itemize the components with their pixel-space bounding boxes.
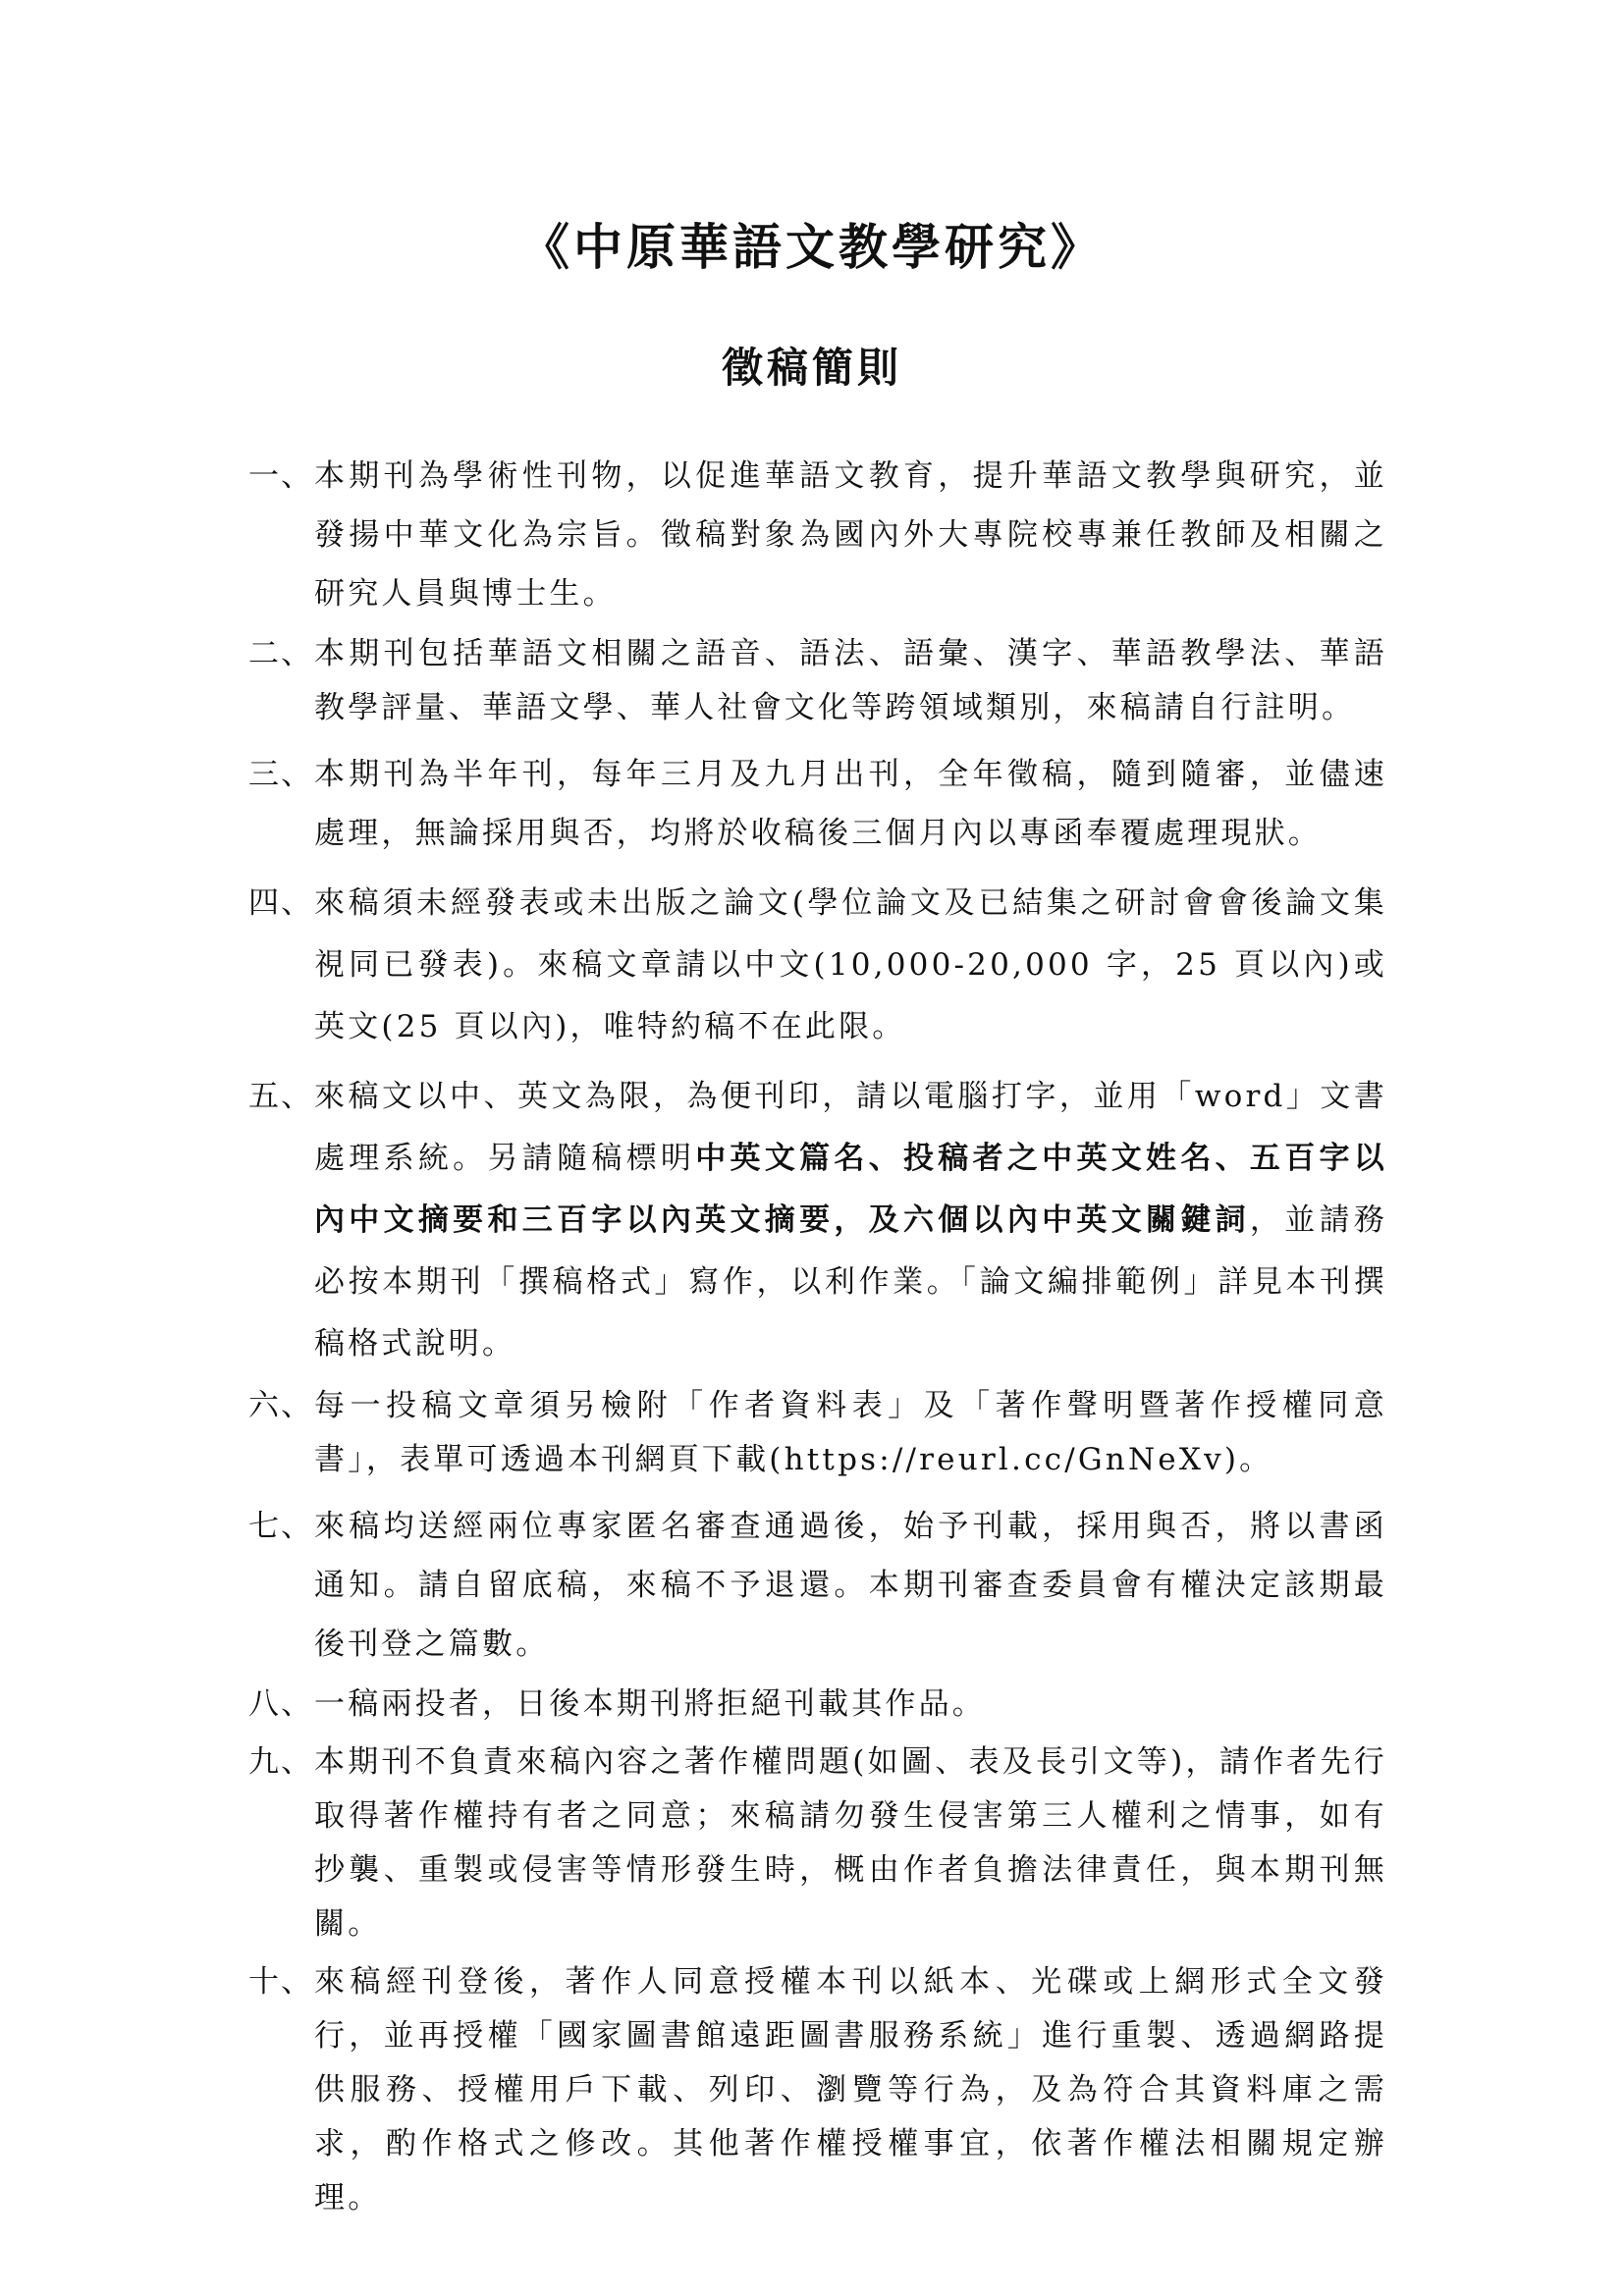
rule-item-2: 二、 本期刊包括華語文相關之語音、語法、語彙、漢字、華語教學法、華語教學評量、華…	[248, 627, 1387, 735]
document-page: 《中原華語文教學研究》 徵稿簡則 一、 本期刊為學術性刊物，以促進華語文教育，提…	[0, 0, 1624, 2296]
rule-text: 來稿須未經發表或未出版之論文(學位論文及已結集之研討會會後論文集視同已發表)。來…	[314, 873, 1387, 1058]
rule-item-5: 五、 來稿文以中、英文為限，為便刊印，請以電腦打字，並用「word」文書處理系統…	[248, 1066, 1387, 1375]
rule-item-10: 十、 來稿經刊登後，著作人同意授權本刊以紙本、光碟或上網形式全文發行，並再授權「…	[248, 1955, 1387, 2225]
rule-number: 五、	[248, 1066, 314, 1375]
rule-text: 每一投稿文章須另檢附「作者資料表」及「著作聲明暨著作授權同意書」，表單可透過本刊…	[314, 1379, 1387, 1487]
rule-item-9: 九、 本期刊不負責來稿內容之著作權問題(如圖、表及長引文等)，請作者先行取得著作…	[248, 1735, 1387, 1951]
rule-number: 十、	[248, 1955, 314, 2225]
rule-item-7: 七、 來稿均送經兩位專家匿名審查通過後，始予刊載，採用與否，將以書函通知。請自留…	[248, 1497, 1387, 1674]
rule-text: 來稿經刊登後，著作人同意授權本刊以紙本、光碟或上網形式全文發行，並再授權「國家圖…	[314, 1955, 1387, 2225]
rule-number: 二、	[248, 627, 314, 735]
rule-number: 三、	[248, 745, 314, 863]
rule-text: 來稿文以中、英文為限，為便刊印，請以電腦打字，並用「word」文書處理系統。另請…	[314, 1066, 1387, 1375]
rule-number: 七、	[248, 1497, 314, 1674]
rule-text: 本期刊包括華語文相關之語音、語法、語彙、漢字、華語教學法、華語教學評量、華語文學…	[314, 627, 1387, 735]
rule-number: 四、	[248, 873, 314, 1058]
rule-item-8: 八、 一稿兩投者，日後本期刊將拒絕刊載其作品。	[248, 1678, 1387, 1732]
rule-text: 本期刊為半年刊，每年三月及九月出刊，全年徵稿，隨到隨審，並儘速處理，無論採用與否…	[314, 745, 1387, 863]
rule-text: 一稿兩投者，日後本期刊將拒絕刊載其作品。	[314, 1678, 1387, 1732]
rule-number: 六、	[248, 1379, 314, 1487]
rule-number: 八、	[248, 1678, 314, 1732]
section-title: 徵稿簡則	[0, 342, 1624, 395]
rule-number: 一、	[248, 447, 314, 623]
rule-item-6: 六、 每一投稿文章須另檢附「作者資料表」及「著作聲明暨著作授權同意書」，表單可透…	[248, 1379, 1387, 1487]
rule-item-3: 三、 本期刊為半年刊，每年三月及九月出刊，全年徵稿，隨到隨審，並儘速處理，無論採…	[248, 745, 1387, 863]
rule-item-4: 四、 來稿須未經發表或未出版之論文(學位論文及已結集之研討會會後論文集視同已發表…	[248, 873, 1387, 1058]
rule-text: 本期刊不負責來稿內容之著作權問題(如圖、表及長引文等)，請作者先行取得著作權持有…	[314, 1735, 1387, 1951]
rule-text: 來稿均送經兩位專家匿名審查通過後，始予刊載，採用與否，將以書函通知。請自留底稿，…	[314, 1497, 1387, 1674]
rule-text: 本期刊為學術性刊物，以促進華語文教育，提升華語文教學與研究，並發揚中華文化為宗旨…	[314, 447, 1387, 623]
rule-number: 九、	[248, 1735, 314, 1951]
rule-item-1: 一、 本期刊為學術性刊物，以促進華語文教育，提升華語文教學與研究，並發揚中華文化…	[248, 447, 1387, 623]
journal-title: 《中原華語文教學研究》	[0, 218, 1624, 277]
submission-rules-list: 一、 本期刊為學術性刊物，以促進華語文教育，提升華語文教學與研究，並發揚中華文化…	[248, 447, 1387, 2225]
